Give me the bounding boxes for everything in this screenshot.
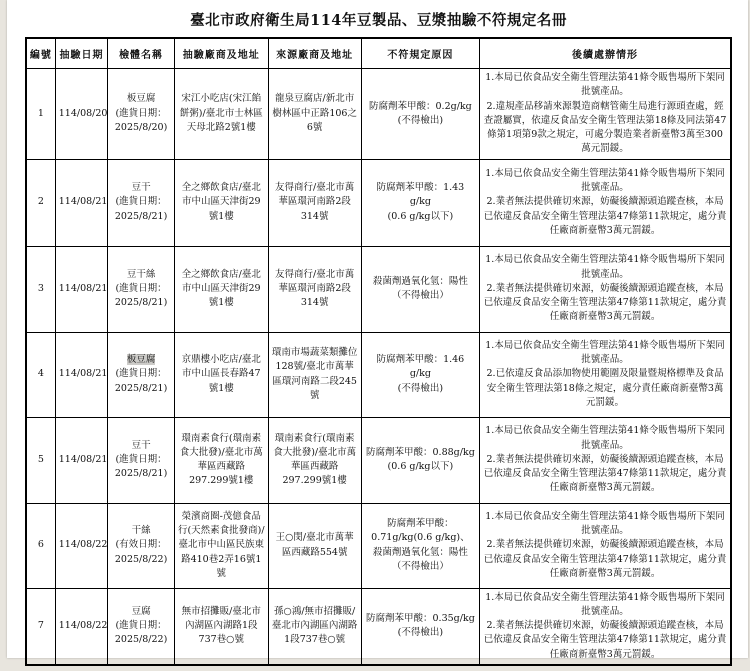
col-header-followup-action: 後續處辦情形 [480,38,731,69]
cell-sampled-vendor: 榮濱商圈-茂億食品行(天然素食批發商)/臺北市中山區民族東路410巷2弄16號1… [174,503,268,588]
cell-followup-action: 1.本局已依食品安全衛生管理法第41條令販售場所下架同批號產品。 2.違規產品移… [480,69,731,160]
cell-followup-action: 1.本局已依食品安全衛生管理法第41條令販售場所下架同批號產品。 2.業者無法提… [480,246,731,332]
cell-number: 5 [26,417,55,503]
specimen-name: 板豆腐 [127,93,156,104]
cell-specimen: 板豆腐 (進貨日期：2025/8/20) [108,69,175,160]
page-title: 臺北市政府衛生局114年豆製品、豆漿抽驗不符規定名冊 [25,9,732,30]
cell-violation-reason: 防腐劑苯甲酸：1.43 g/kg (0.6 g/kg以下) [361,159,479,246]
cell-number: 6 [26,503,55,588]
specimen-name: 板豆腐 [127,354,156,365]
col-header-sampled-vendor: 抽驗廠商及地址 [174,38,268,69]
cell-number: 3 [26,246,55,332]
table-row: 7 114/08/22 豆腐 (進貨日期：2025/8/22) 無市招攤販/臺北… [26,588,731,665]
col-header-specimen-name: 檢體名稱 [108,38,175,69]
cell-sampled-vendor: 環南素食行(環南素食大批發)/臺北市萬華區西藏路297.299號1樓 [174,417,268,503]
specimen-date-note: (進貨日期：2025/8/21) [115,368,167,393]
cell-sample-date: 114/08/21 [55,246,108,332]
cell-sample-date: 114/08/21 [55,417,108,503]
cell-violation-reason: 殺菌劑過氧化氫：陽性 （不得檢出） [361,246,479,332]
cell-sampled-vendor: 全之鄉飲食店/臺北市中山區天津街29號1樓 [174,159,268,246]
cell-followup-action: 1.本局已依食品安全衛生管理法第41條令販售場所下架同批號產品。 2.已依違反食… [480,332,731,417]
specimen-date-note: (進貨日期：2025/8/21) [115,283,167,308]
table-row: 1 114/08/20 板豆腐 (進貨日期：2025/8/20) 宋江小吃店(宋… [26,69,731,160]
cell-followup-action: 1.本局已依食品安全衛生管理法第41條令販售場所下架同批號產品。 2.業者無法提… [480,417,731,503]
cell-sample-date: 114/08/21 [55,332,108,417]
cell-followup-action: 1.本局已依食品安全衛生管理法第41條令販售場所下架同批號產品。 2.業者無法提… [480,588,731,665]
specimen-name: 豆干絲 [127,269,156,280]
cell-followup-action: 1.本局已依食品安全衛生管理法第41條令販售場所下架同批號產品。 2.業者無法提… [480,503,731,588]
cell-number: 7 [26,588,55,665]
header-row: 編號 抽驗日期 檢體名稱 抽驗廠商及地址 來源廠商及地址 不符規定原因 後續處辦… [26,38,731,69]
cell-source-vendor: 孫○鴻/無市招攤販/臺北市內湖區內湖路1段737巷○號 [268,588,361,665]
cell-number: 4 [26,332,55,417]
cell-source-vendor: 環南素食行(環南素食大批發)/臺北市萬華區西藏路297.299號1樓 [268,417,361,503]
cell-specimen: 豆干 (進貨日期：2025/8/21) [108,159,175,246]
cell-number: 2 [26,159,55,246]
cell-sampled-vendor: 宋江小吃店(宋江餡餅粥)/臺北市士林區天母北路2號1樓 [174,69,268,160]
table-header: 編號 抽驗日期 檢體名稱 抽驗廠商及地址 來源廠商及地址 不符規定原因 後續處辦… [26,38,731,69]
cell-specimen: 豆干 (進貨日期：2025/8/21) [108,417,175,503]
specimen-name: 豆干 [132,182,151,193]
cell-sampled-vendor: 無市招攤販/臺北市內湖區內湖路1段737巷○號 [174,588,268,665]
cell-violation-reason: 防腐劑苯甲酸：1.46 g/kg (不得檢出) [361,332,479,417]
cell-sample-date: 114/08/22 [55,503,108,588]
cell-source-vendor: 龍泉豆腐店/新北市樹林區中正路106之6號 [268,69,361,160]
inspection-table: 編號 抽驗日期 檢體名稱 抽驗廠商及地址 來源廠商及地址 不符規定原因 後續處辦… [25,37,732,666]
table-body: 1 114/08/20 板豆腐 (進貨日期：2025/8/20) 宋江小吃店(宋… [26,69,731,665]
cell-violation-reason: 防腐劑苯甲酸：0.88g/kg (0.6 g/kg以下) [361,417,479,503]
specimen-date-note: (有效日期：2025/8/22) [115,539,167,564]
cell-violation-reason: 防腐劑苯甲酸：0.2g/kg (不得檢出) [361,69,479,160]
specimen-date-note: (進貨日期：2025/8/22) [115,620,167,645]
specimen-name: 豆腐 [132,606,151,617]
table-row: 5 114/08/21 豆干 (進貨日期：2025/8/21) 環南素食行(環南… [26,417,731,503]
table-row: 3 114/08/21 豆干絲 (進貨日期：2025/8/21) 全之鄉飲食店/… [26,246,731,332]
specimen-name: 干絲 [132,525,151,536]
cell-sample-date: 114/08/22 [55,588,108,665]
col-header-number: 編號 [26,38,55,69]
cell-source-vendor: 環南市場蔬菜類攤位128號/臺北市萬華區環河南路二段245號 [268,332,361,417]
col-header-source-vendor: 來源廠商及地址 [268,38,361,69]
cell-sampled-vendor: 全之鄉飲食店/臺北市中山區天津街29號1樓 [174,246,268,332]
cell-source-vendor: 友得商行/臺北市萬華區環河南路2段314號 [268,246,361,332]
cell-violation-reason: 防腐劑苯甲酸：0.35g/kg (不得檢出) [361,588,479,665]
specimen-date-note: (進貨日期：2025/8/21) [115,196,167,221]
cell-specimen: 干絲 (有效日期：2025/8/22) [108,503,175,588]
table-row: 2 114/08/21 豆干 (進貨日期：2025/8/21) 全之鄉飲食店/臺… [26,159,731,246]
col-header-sample-date: 抽驗日期 [55,38,108,69]
document-page: 臺北市政府衛生局114年豆製品、豆漿抽驗不符規定名冊 編號 抽驗日期 檢體名稱 … [7,0,748,658]
table-row: 4 114/08/21 板豆腐 (進貨日期：2025/8/21) 京鼎樓小吃店/… [26,332,731,417]
table-row: 6 114/08/22 干絲 (有效日期：2025/8/22) 榮濱商圈-茂億食… [26,503,731,588]
cell-specimen: 豆干絲 (進貨日期：2025/8/21) [108,246,175,332]
cell-specimen: 豆腐 (進貨日期：2025/8/22) [108,588,175,665]
specimen-date-note: (進貨日期：2025/8/21) [115,454,167,479]
cell-source-vendor: 友得商行/臺北市萬華區環河南路2段314號 [268,159,361,246]
cell-followup-action: 1.本局已依食品安全衛生管理法第41條令販售場所下架同批號產品。 2.業者無法提… [480,159,731,246]
cell-source-vendor: 王○閔/臺北市萬華區西藏路554號 [268,503,361,588]
specimen-date-note: (進貨日期：2025/8/20) [115,108,167,133]
cell-violation-reason: 防腐劑苯甲酸： 0.71g/kg(0.6 g/kg)、 殺菌劑過氧化氫：陽性 （… [361,503,479,588]
cell-sample-date: 114/08/20 [55,69,108,160]
cell-number: 1 [26,69,55,160]
specimen-name: 豆干 [132,440,151,451]
col-header-violation-reason: 不符規定原因 [361,38,479,69]
cell-specimen: 板豆腐 (進貨日期：2025/8/21) [108,332,175,417]
cell-sample-date: 114/08/21 [55,159,108,246]
cell-sampled-vendor: 京鼎樓小吃店/臺北市中山區長春路47號1樓 [174,332,268,417]
